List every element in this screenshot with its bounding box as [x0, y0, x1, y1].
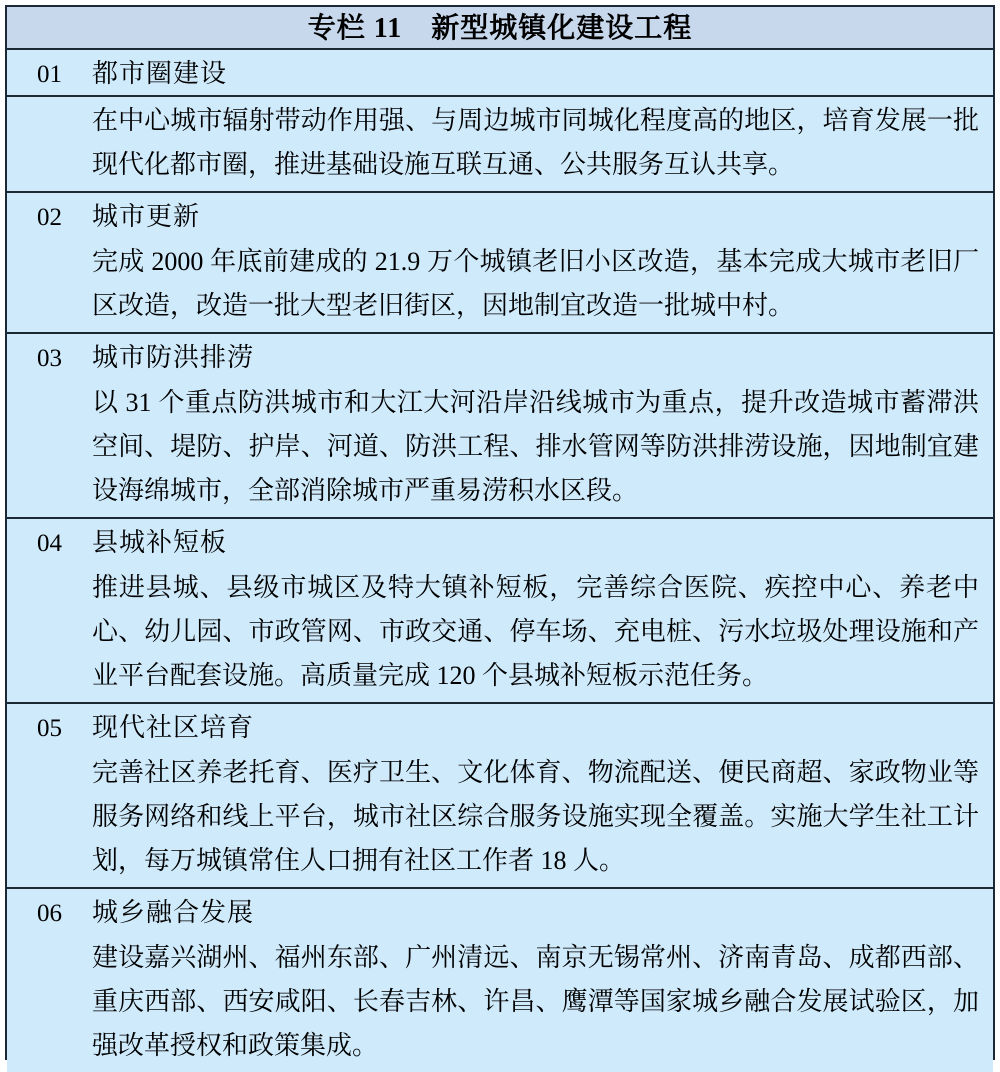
section-number: 05	[37, 707, 92, 751]
section-number: 03	[37, 337, 92, 381]
section-heading-line: 01都市圈建设	[7, 50, 993, 97]
section-body: 以 31 个重点防洪城市和大江大河沿岸沿线城市为重点，提升改造城市蓄滞洪空间、堤…	[92, 381, 979, 517]
plan-box-table: 专栏 11 新型城镇化建设工程 01都市圈建设 在中心城市辐射带动作用强、与周边…	[5, 5, 995, 1060]
section-01-body-row: 在中心城市辐射带动作用强、与周边城市同城化程度高的地区，培育发展一批现代化都市圈…	[7, 97, 993, 193]
section-05-row: 05现代社区培育 完善社区养老托育、医疗卫生、文化体育、物流配送、便民商超、家政…	[7, 704, 993, 889]
section-number: 06	[37, 892, 92, 936]
section-heading: 县城补短板	[92, 528, 227, 557]
section-heading: 城市更新	[92, 202, 200, 231]
section-body: 推进县城、县级市城区及特大镇补短板，完善综合医院、疾控中心、养老中心、幼儿园、市…	[92, 566, 979, 702]
section-body: 完善社区养老托育、医疗卫生、文化体育、物流配送、便民商超、家政物业等服务网络和线…	[92, 751, 979, 887]
box-title-row: 专栏 11 新型城镇化建设工程	[7, 7, 993, 50]
section-04-row: 04县城补短板 推进县城、县级市城区及特大镇补短板，完善综合医院、疾控中心、养老…	[7, 519, 993, 704]
section-heading: 城乡融合发展	[92, 898, 254, 927]
section-heading: 城市防洪排涝	[92, 343, 254, 372]
section-number: 02	[37, 196, 92, 240]
section-body: 在中心城市辐射带动作用强、与周边城市同城化程度高的地区，培育发展一批现代化都市圈…	[92, 97, 979, 191]
section-body: 建设嘉兴湖州、福州东部、广州清远、南京无锡常州、济南青岛、成都西部、重庆西部、西…	[92, 936, 979, 1072]
section-03-row: 03城市防洪排涝 以 31 个重点防洪城市和大江大河沿岸沿线城市为重点，提升改造…	[7, 334, 993, 519]
section-heading-line: 06城乡融合发展	[7, 889, 993, 936]
section-number: 04	[37, 522, 92, 566]
section-heading-line: 05现代社区培育	[7, 704, 993, 751]
section-heading-line: 02城市更新	[7, 193, 993, 240]
section-number: 01	[37, 53, 92, 97]
section-heading-line: 03城市防洪排涝	[7, 334, 993, 381]
section-body: 完成 2000 年底前建成的 21.9 万个城镇老旧小区改造，基本完成大城市老旧…	[92, 240, 979, 332]
box-title: 专栏 11 新型城镇化建设工程	[308, 13, 692, 43]
section-06-row: 06城乡融合发展 建设嘉兴湖州、福州东部、广州清远、南京无锡常州、济南青岛、成都…	[7, 889, 993, 1072]
section-02-row: 02城市更新 完成 2000 年底前建成的 21.9 万个城镇老旧小区改造，基本…	[7, 193, 993, 334]
section-01-heading-row: 01都市圈建设	[7, 50, 993, 97]
section-heading: 都市圈建设	[92, 59, 227, 88]
section-heading-line: 04县城补短板	[7, 519, 993, 566]
document-page: 专栏 11 新型城镇化建设工程 01都市圈建设 在中心城市辐射带动作用强、与周边…	[0, 0, 1000, 1065]
section-heading: 现代社区培育	[92, 713, 254, 742]
